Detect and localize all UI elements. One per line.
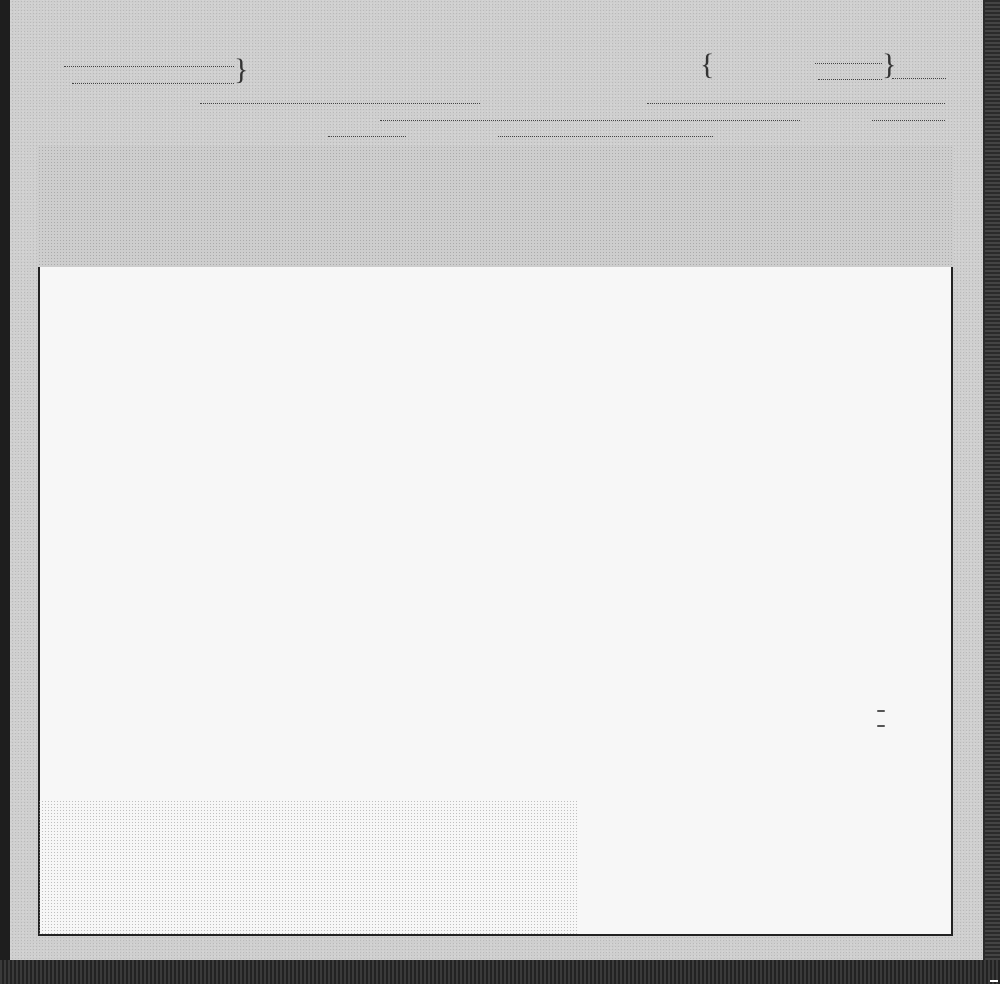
copyright-notice — [990, 980, 998, 982]
county-line — [72, 83, 234, 84]
brace-district-open: { — [700, 50, 714, 80]
brace-district-close: } — [882, 50, 896, 80]
institution-line — [647, 103, 945, 104]
supervisor-line — [815, 63, 882, 64]
city-line — [380, 120, 800, 121]
nonresident-note-2 — [877, 725, 885, 727]
brace-left: } — [234, 55, 248, 85]
scan-border-right — [985, 0, 1000, 984]
table-header — [38, 146, 953, 267]
township-line — [200, 103, 480, 104]
nonresident-note-1 — [877, 710, 885, 712]
ward-line — [872, 120, 945, 121]
scan-border-left — [0, 0, 10, 984]
faded-region — [38, 800, 578, 935]
enumeration-line — [818, 79, 882, 80]
state-line — [64, 66, 234, 67]
sheet-line — [892, 78, 946, 79]
scan-border-bottom — [0, 960, 1000, 984]
enumerator-line — [498, 136, 713, 137]
day-line — [328, 136, 406, 137]
